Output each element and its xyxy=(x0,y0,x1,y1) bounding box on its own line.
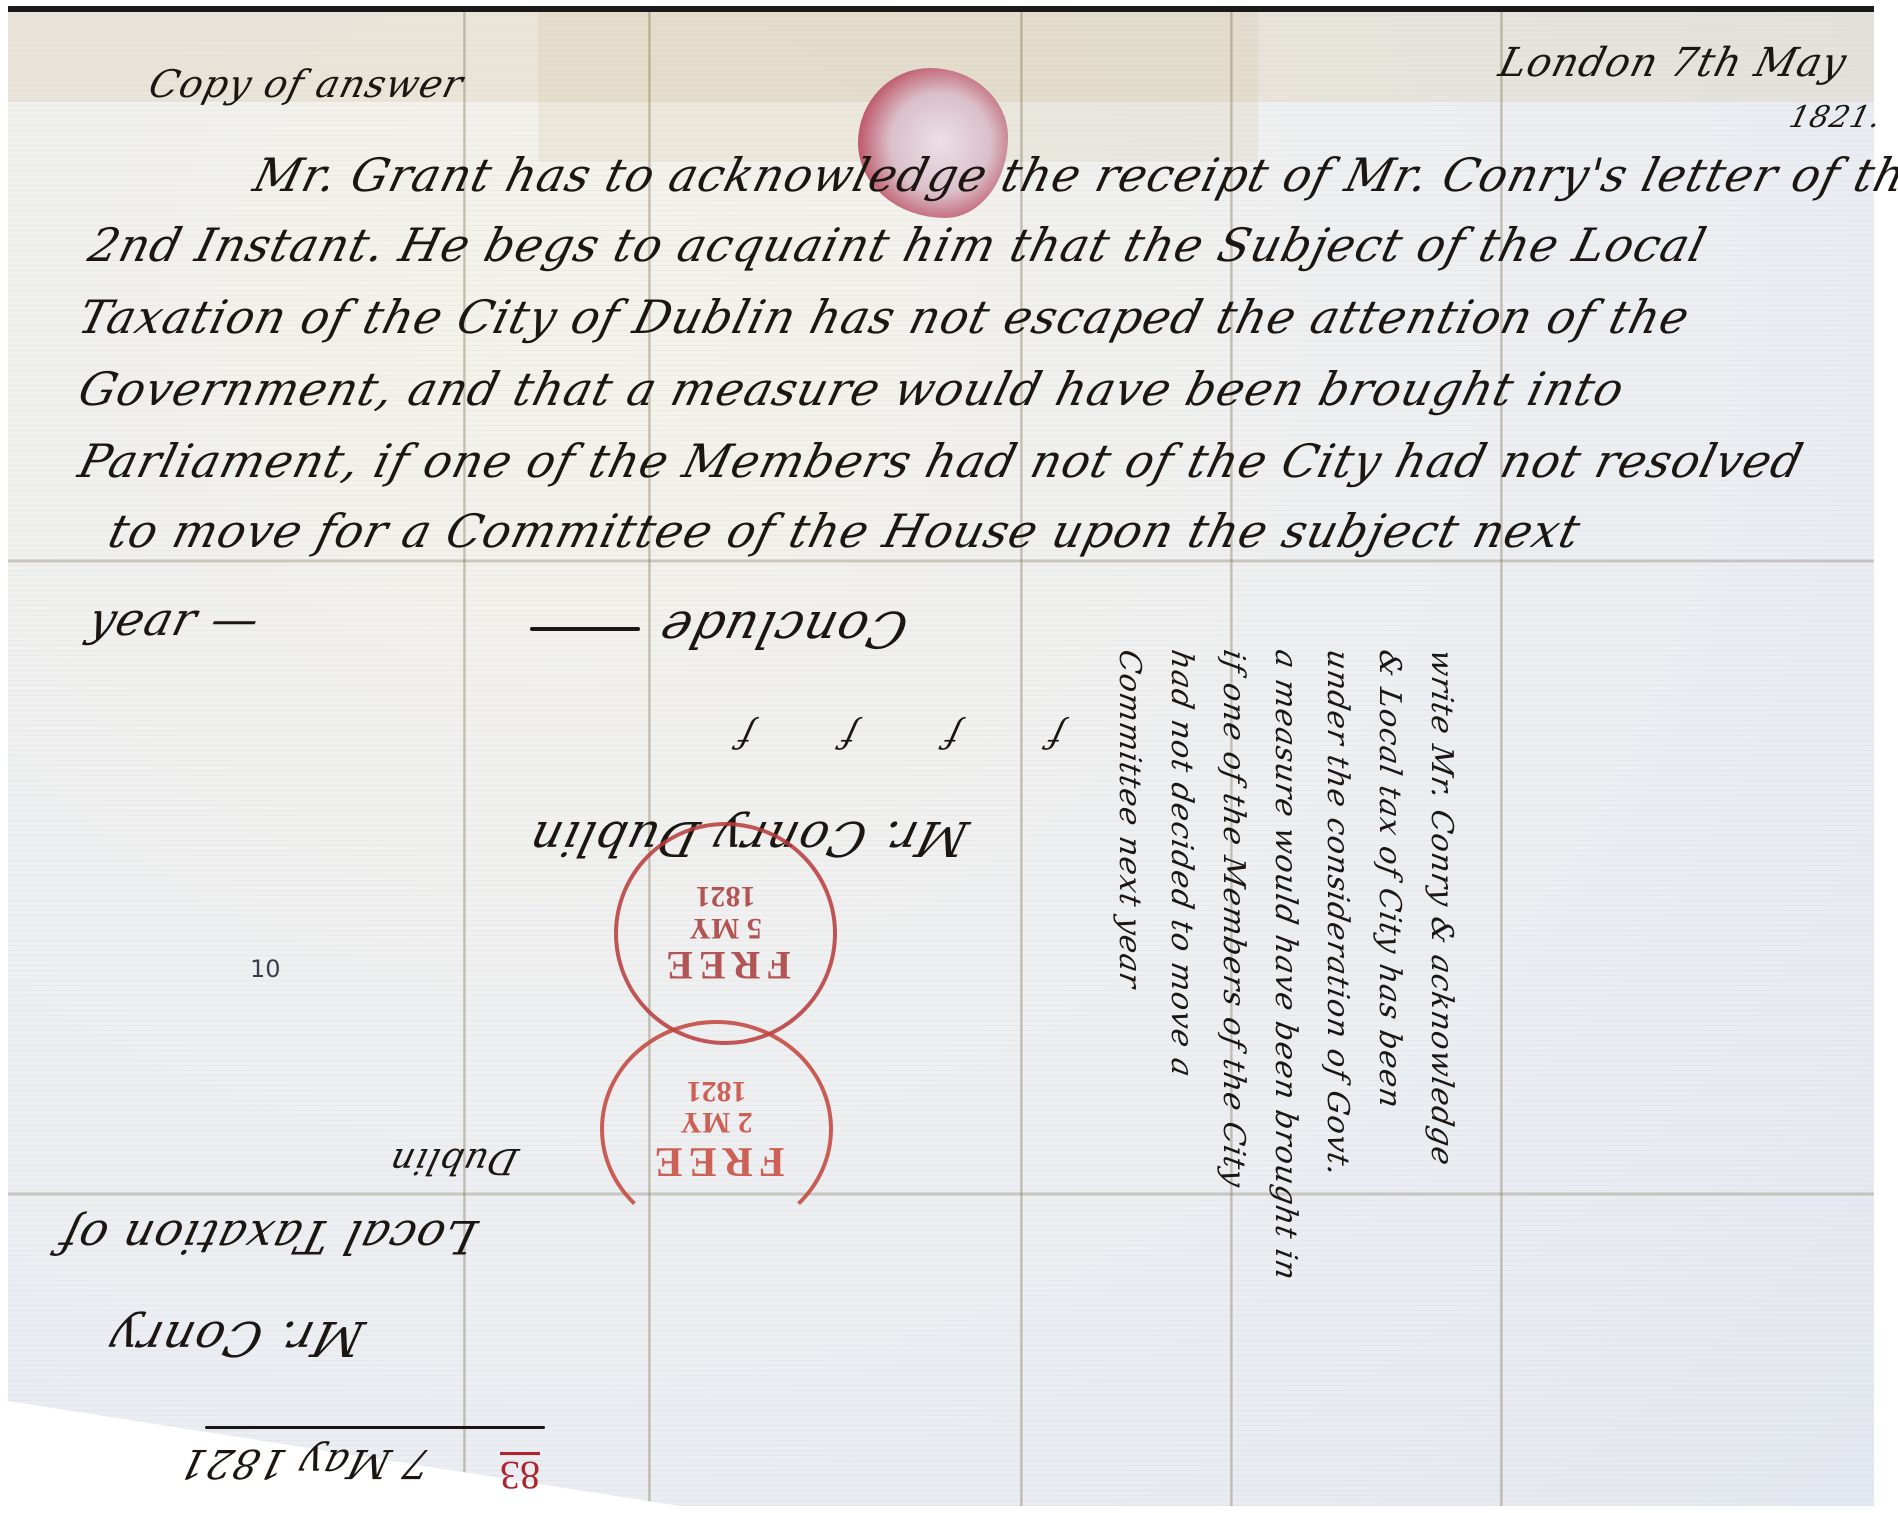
marginal-note-line-1: write Mr. Conry & acknowledge xyxy=(1415,645,1467,1074)
fold-crease-horizontal-2 xyxy=(8,1192,1874,1196)
endorsement-line-1: Dublin xyxy=(385,1140,523,1181)
letter-year: 1821. xyxy=(1786,100,1886,135)
pencil-mark: 10 xyxy=(250,955,281,983)
marginal-note-line-3: under the consideration of Govt. xyxy=(1311,645,1363,1074)
inverted-closing: Conclude xyxy=(653,600,914,658)
postmark-free-2-may: FREE 2 MY 1821 xyxy=(600,1020,833,1238)
copy-heading: Copy of answer xyxy=(145,62,469,106)
letter-line-4: Government, and that a measure would hav… xyxy=(73,362,1630,416)
endorsement-line-3: Mr. Conry xyxy=(103,1310,370,1366)
place-date: London 7th May xyxy=(1494,40,1851,86)
letter-line-3: Taxation of the City of Dublin has not e… xyxy=(73,290,1695,344)
marginal-note-line-4: a measure would have been brought in xyxy=(1259,645,1311,1074)
endorsement-date: 7 May 1821 xyxy=(174,1440,436,1486)
marginal-note-line-2: & Local tax of City has been xyxy=(1363,645,1415,1074)
postmark-2-label: FREE xyxy=(649,1138,785,1182)
letter-line-7: year — xyxy=(83,592,266,646)
folio-number: 83 xyxy=(500,1452,540,1495)
marginal-note-line-5: if one of the Members of the City xyxy=(1207,645,1259,1074)
fold-crease-horizontal-1 xyxy=(8,559,1874,563)
letter-line-2: 2nd Instant. He begs to acquaint him tha… xyxy=(83,218,1712,272)
closing-flourish xyxy=(530,627,640,631)
endorsement-underline xyxy=(205,1426,545,1429)
postmark-1-label: FREE xyxy=(660,944,791,986)
postmark-1-date: 5 MY xyxy=(689,913,761,945)
postmark-1-year: 1821 xyxy=(696,881,756,913)
postmark-2-date: 2 MY xyxy=(680,1107,752,1139)
postmark-2-year: 1821 xyxy=(687,1075,747,1107)
postmark-free-5-may: FREE 5 MY 1821 xyxy=(614,822,837,1045)
inverted-marks: f f f f xyxy=(695,715,1068,755)
endorsement-line-2: Local Taxation of xyxy=(53,1210,482,1264)
letter-line-6: to move for a Committee of the House upo… xyxy=(103,504,1586,558)
marginal-note-line-6: had not decided to move a xyxy=(1155,645,1207,1074)
letter-line-5: Parliament, if one of the Members had no… xyxy=(73,434,1809,488)
letter-line-1: Mr. Grant has to acknowledge the receipt… xyxy=(248,148,1898,202)
marginal-note: write Mr. Conry & acknowledge & Local ta… xyxy=(1015,650,1555,1070)
marginal-note-line-7: Committee next year xyxy=(1103,645,1155,1074)
